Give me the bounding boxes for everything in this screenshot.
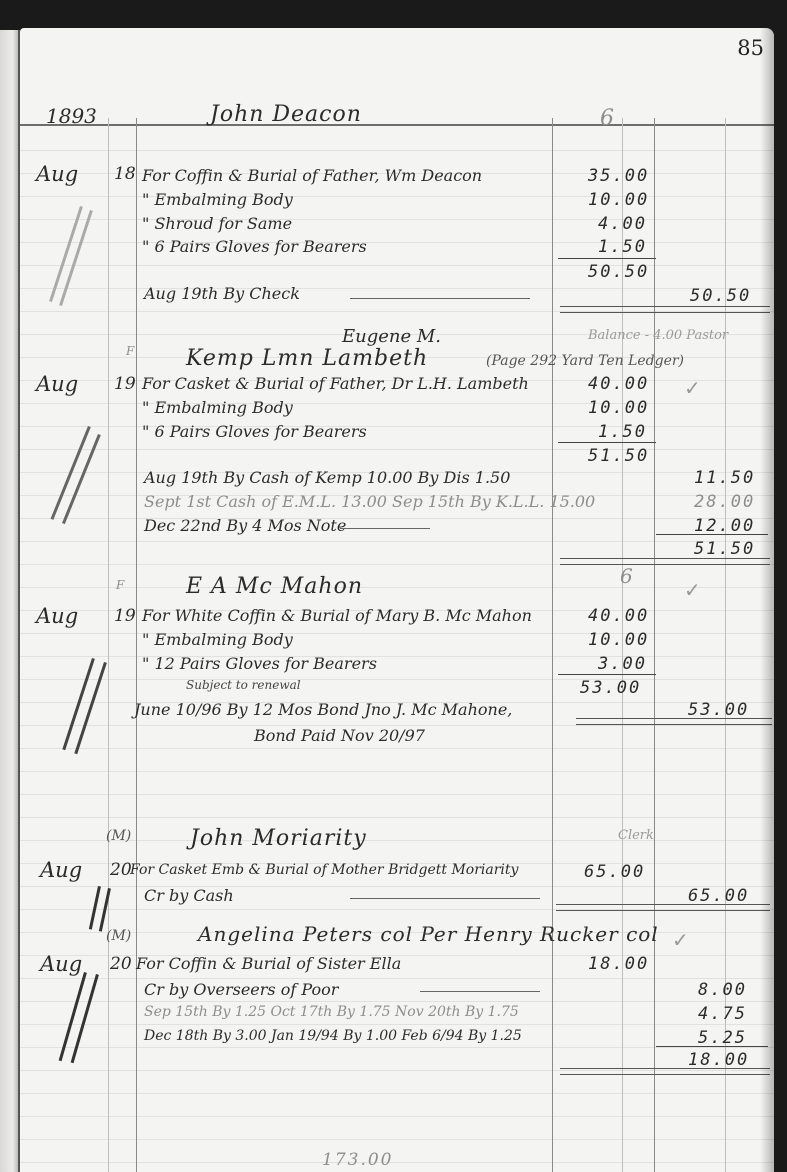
closing-rule — [560, 558, 770, 565]
date-column-line — [108, 118, 109, 1172]
settled-mark — [89, 886, 101, 930]
credit-line: Dec 22nd By 4 Mos Note — [144, 516, 346, 535]
ledger-page: 85 1893 John Deacon 6 Aug 18 For Coffin … — [20, 28, 774, 1172]
line-item: For Casket Emb & Burial of Mother Bridge… — [130, 862, 518, 878]
line-item: For Coffin & Burial of Father, Wm Deacon — [142, 166, 482, 185]
customer-name: Kemp Lmn Lambeth — [186, 346, 428, 371]
entry-month: Aug — [36, 162, 78, 186]
entry-day: 18 — [114, 164, 136, 184]
line-item: " Embalming Body — [142, 190, 293, 209]
entry-month: Aug — [36, 604, 78, 628]
ledger-year: 1893 — [46, 104, 97, 128]
entry-month: Aug — [40, 858, 82, 882]
credit-line: Cr by Cash — [144, 886, 234, 905]
line-amount: 1.50 — [598, 422, 647, 442]
line-amount: 4.00 — [598, 214, 647, 234]
line-item: " 6 Pairs Gloves for Bearers — [142, 422, 367, 441]
ledger-reference: (Page 292 Yard Ten Ledger) — [486, 353, 684, 369]
credit-line: Dec 18th By 3.00 Jan 19/94 By 1.00 Feb 6… — [144, 1028, 522, 1044]
closing-rule — [576, 718, 772, 725]
credit-line: June 10/96 By 12 Mos Bond Jno J. Mc Maho… — [134, 700, 512, 719]
line-amount: 40.00 — [588, 374, 649, 394]
line-amount: 35.00 — [588, 166, 649, 186]
line-item: " 12 Pairs Gloves for Bearers — [142, 654, 377, 673]
entry-mark: 6 — [600, 106, 614, 131]
credit-line: Sept 1st Cash of E.M.L. 13.00 Sep 15th B… — [144, 492, 595, 511]
credit-line: Cr by Overseers of Poor — [144, 980, 338, 999]
line-item: For Coffin & Burial of Sister Ella — [136, 954, 401, 973]
check-mark-icon: ✓ — [684, 376, 701, 400]
prefix-mark: F — [116, 578, 124, 592]
pencil-note: Balance - 4.00 Pastor — [588, 328, 728, 343]
line-amount: 18.00 — [588, 954, 649, 974]
customer-name: Angelina Peters col Per Henry Rucker col — [198, 922, 659, 946]
page-footer-total: 173.00 — [322, 1150, 393, 1170]
credit-amount: 12.00 — [694, 516, 755, 536]
line-item: " Shroud for Same — [142, 214, 292, 233]
entry-subtotal: 50.50 — [588, 262, 649, 282]
customer-name: John Deacon — [210, 102, 362, 127]
line-amount: 40.00 — [588, 606, 649, 626]
credit-column-line — [654, 118, 655, 1172]
line-amount: 10.00 — [588, 630, 649, 650]
facing-page-edge — [0, 30, 20, 1172]
credit-total: 51.50 — [694, 539, 755, 559]
credit-amount: 11.50 — [694, 468, 755, 488]
closing-rule — [560, 306, 770, 313]
check-mark-icon: ✓ — [672, 928, 689, 952]
credit-line: Aug 19th By Cash of Kemp 10.00 By Dis 1.… — [144, 468, 510, 487]
prefix-mark: (M) — [106, 928, 131, 944]
line-item: For Casket & Burial of Father, Dr L.H. L… — [142, 374, 529, 393]
debit-column-line — [552, 118, 553, 1172]
closing-rule — [556, 904, 770, 911]
line-item: " Embalming Body — [142, 398, 293, 417]
line-amount: 65.00 — [584, 862, 645, 882]
entry-day: 19 — [114, 606, 136, 626]
credit-line: Sep 15th By 1.25 Oct 17th By 1.75 Nov 20… — [144, 1004, 519, 1020]
credit-amount: 65.00 — [688, 886, 749, 906]
entry-mark: Clerk — [618, 828, 654, 843]
line-amount: 1.50 — [598, 237, 647, 257]
prefix-mark: (M) — [106, 828, 131, 844]
credit-line: Bond Paid Nov 20/97 — [254, 726, 425, 745]
credit-amount: 4.75 — [698, 1004, 747, 1024]
customer-name: John Moriarity — [190, 826, 367, 851]
customer-name: E A Mc Mahon — [186, 574, 363, 599]
entry-day: 19 — [114, 374, 136, 394]
line-item: For White Coffin & Burial of Mary B. Mc … — [142, 606, 532, 625]
line-amount: 10.00 — [588, 398, 649, 418]
entry-day: 20 — [110, 954, 132, 974]
entry-mark: 6 — [620, 564, 633, 588]
credit-line: Aug 19th By Check — [144, 284, 300, 303]
credit-amount: 50.50 — [690, 286, 751, 306]
entry-month: Aug — [40, 952, 82, 976]
entry-subtotal: 51.50 — [588, 446, 649, 466]
credit-total: 18.00 — [688, 1050, 749, 1070]
line-item: " 6 Pairs Gloves for Bearers — [142, 237, 367, 256]
subtotal-note: Subject to renewal — [186, 678, 301, 692]
credit-amount: 5.25 — [698, 1028, 747, 1048]
check-mark-icon: ✓ — [684, 578, 701, 602]
credit-amount: 8.00 — [698, 980, 747, 1000]
closing-rule — [560, 1068, 770, 1075]
prefix-mark: F — [126, 344, 134, 358]
description-column-line — [136, 118, 137, 1172]
line-amount: 3.00 — [598, 654, 647, 674]
header-rule — [20, 124, 774, 126]
page-edge-shadow — [760, 28, 774, 1172]
entry-subtotal: 53.00 — [580, 678, 641, 698]
entry-day: 20 — [110, 860, 132, 880]
line-item: " Embalming Body — [142, 630, 293, 649]
entry-month: Aug — [36, 372, 78, 396]
line-amount: 10.00 — [588, 190, 649, 210]
name-annotation: Eugene M. — [342, 326, 441, 347]
credit-amount: 28.00 — [694, 492, 755, 512]
credit-amount: 53.00 — [688, 700, 749, 720]
